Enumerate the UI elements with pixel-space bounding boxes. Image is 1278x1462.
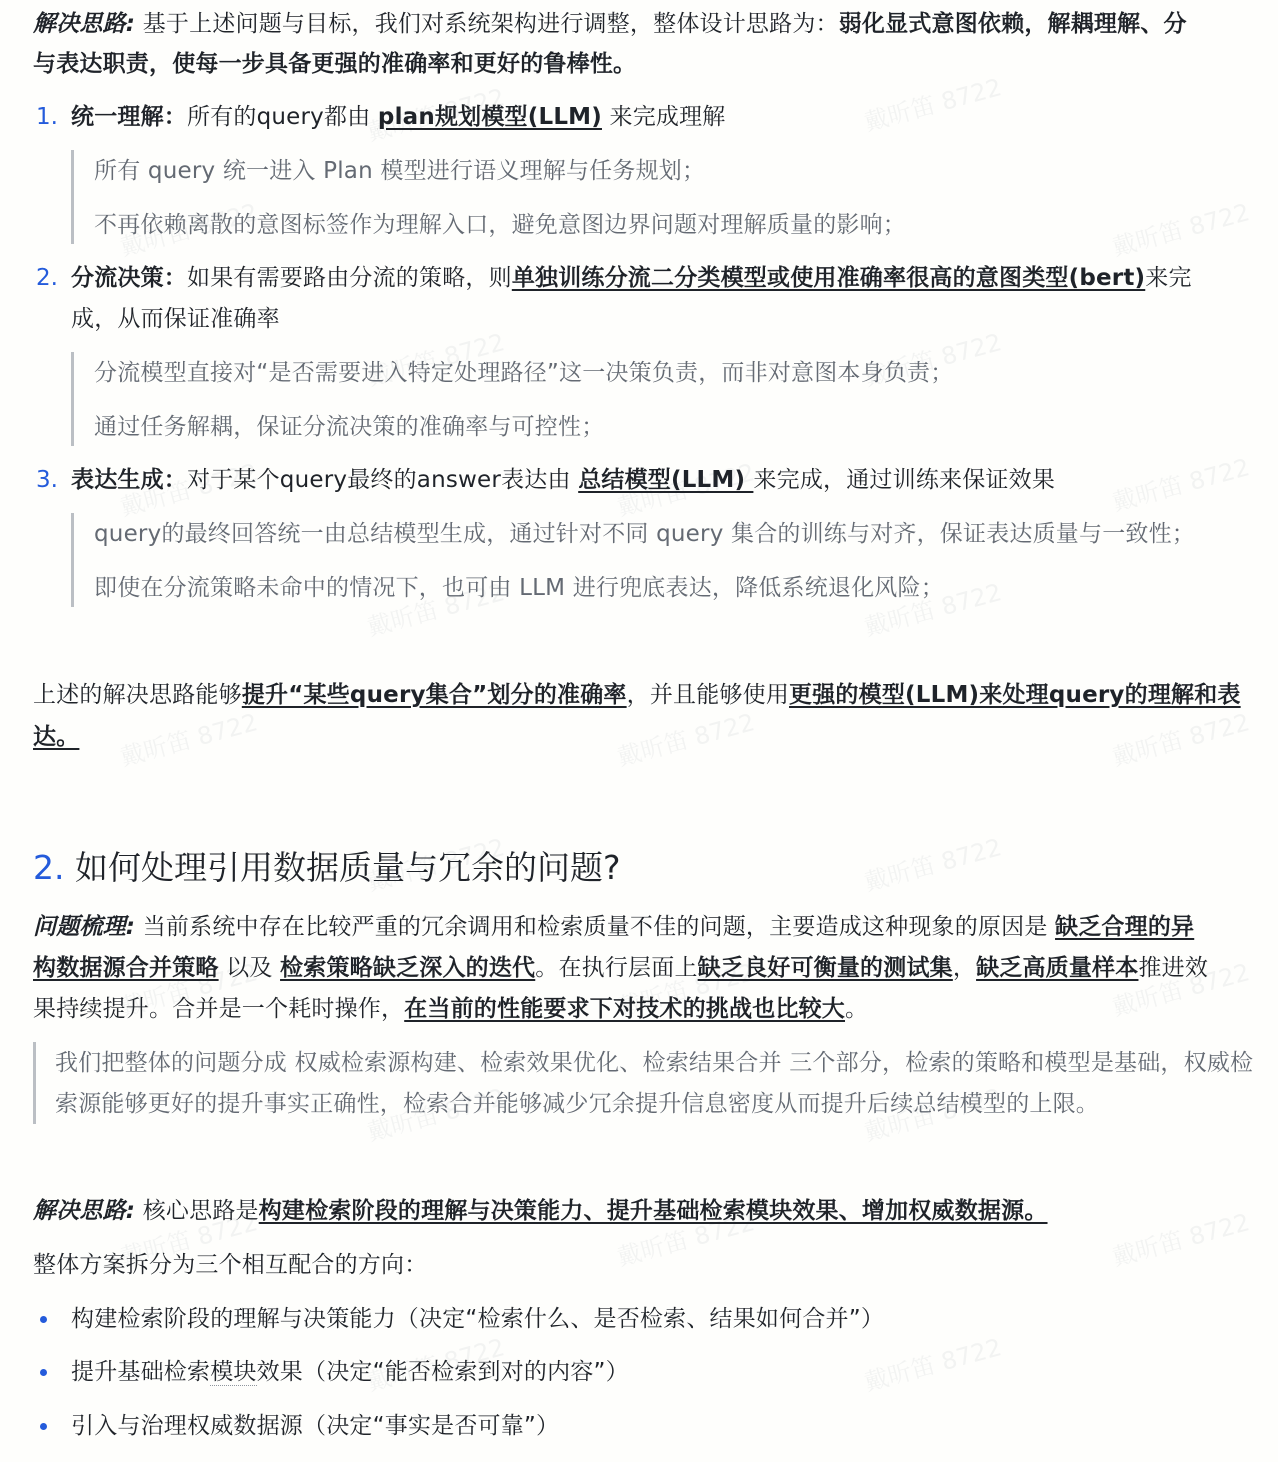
intro-paragraph: 整体方案拆分为三个相互配合的方向： [33,1249,427,1281]
watermark: 戴昕笛 8722 [1108,192,1253,262]
quote-line: 不再依赖离散的意图标签作为理解入口，避免意图边界问题对理解质量的影响； [94,209,906,241]
problem-label: 问题梳理: [33,914,135,940]
problem-paragraph-line3: 果持续提升。合并是一个耗时操作，在当前的性能要求下对技术的挑战也比较大。 [33,993,868,1025]
bullet-item: 引入与治理权威数据源（决定“事实是否可靠”） [71,1410,559,1442]
solution-label: 解决思路: [33,11,135,37]
bullet-dot [40,1369,47,1376]
link-plan-model[interactable]: plan规划模型(LLM) [378,104,602,130]
solution-paragraph: 解决思路: 基于上述问题与目标，我们对系统架构进行调整，整体设计思路为：弱化显式… [33,8,1187,40]
list-item-step-2-cont: 成，从而保证准确率 [71,303,280,335]
section-heading: 2. 如何处理引用数据质量与冗余的问题? [33,846,621,890]
quote-line: 即使在分流策略未命中的情况下，也可由 LLM 进行兜底表达，降低系统退化风险； [94,572,944,604]
solution-paragraph-2: 解决思路: 核心思路是构建检索阶段的理解与决策能力、提升基础检索模块效果、增加权… [33,1195,1048,1227]
quote-bar [33,1042,36,1124]
bullet-dot [40,1316,47,1323]
list-number: 3. [36,464,58,496]
list-item-step-1: 统一理解：所有的query都由 plan规划模型(LLM) 来完成理解 [71,101,726,133]
watermark: 戴昕笛 8722 [1108,1202,1253,1272]
watermark: 戴昕笛 8722 [860,1327,1005,1397]
list-item-step-2: 分流决策：如果有需要路由分流的策略，则单独训练分流二分类模型或使用准确率很高的意… [71,262,1192,294]
problem-paragraph-line2: 构数据源合并策略 以及 检索策略缺乏深入的迭代。在执行层面上缺乏良好可衡量的测试… [33,952,1208,984]
watermark: 戴昕笛 8722 [860,67,1005,137]
quote-line: 通过任务解耦，保证分流决策的准确率与可控性； [94,411,604,443]
watermark: 戴昕笛 8722 [1108,447,1253,517]
bullet-dot [40,1423,47,1430]
quote-line: 分流模型直接对“是否需要进入特定处理路径”这一决策负责，而非对意图本身负责； [94,357,953,389]
link-summary-model[interactable]: 总结模型(LLM) [578,467,753,493]
bullet-item: 提升基础检索模块效果（决定“能否检索到对的内容”） [71,1356,629,1388]
bullet-item: 构建检索阶段的理解与决策能力（决定“检索什么、是否检索、结果如何合并”） [71,1303,884,1335]
quote-line: 所有 query 统一进入 Plan 模型进行语义理解与任务规划； [94,155,705,187]
list-number: 1. [36,101,58,133]
watermark: 戴昕笛 8722 [860,827,1005,897]
solution-label: 解决思路: [33,1198,135,1224]
quote-line: query的最终回答统一由总结模型生成，通过针对不同 query 集合的训练与对… [94,518,1195,550]
solution-paragraph-cont: 与表达职责，使每一步具备更强的准确率和更好的鲁棒性。 [33,48,636,80]
summary-paragraph: 上述的解决思路能够提升“某些query集合”划分的准确率，并且能够使用更强的模型… [33,679,1241,711]
watermark: 戴昕笛 8722 [116,702,261,772]
quote-bar [71,352,74,446]
quote-bar [71,150,74,244]
quote-bar [71,513,74,607]
link-routing-model[interactable]: 单独训练分流二分类模型或使用准确率很高的意图类型(bert) [512,265,1145,291]
comment-mark[interactable]: 模块 [210,1359,256,1386]
watermark: 戴昕笛 8722 [613,702,758,772]
list-number: 2. [36,262,58,294]
watermark: 戴昕笛 8722 [1108,702,1253,772]
summary-paragraph-cont: 达。 [33,721,79,753]
quote-line: 我们把整体的问题分成 权威检索源构建、检索效果优化、检索结果合并 三个部分，检索… [55,1047,1253,1079]
list-item-step-3: 表达生成：对于某个query最终的answer表达由 总结模型(LLM) 来完成… [71,464,1055,496]
problem-paragraph: 问题梳理: 当前系统中存在比较严重的冗余调用和检索质量不佳的问题，主要造成这种现… [33,911,1194,943]
quote-line: 索源能够更好的提升事实正确性，检索合并能够减少冗余提升信息密度从而提升后续总结模… [55,1088,1099,1120]
